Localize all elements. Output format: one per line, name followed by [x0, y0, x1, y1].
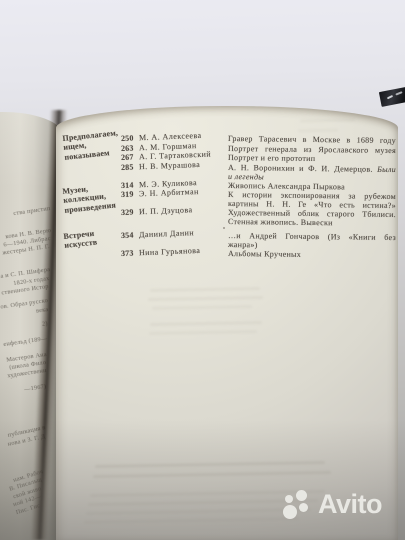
section-label: Предполагаем, ищем, показываем	[62, 128, 120, 162]
entry-page-number: 354	[121, 230, 136, 240]
photo-frame: ства пристип кова Н. В. Верю 6—1940. Либ…	[0, 0, 405, 540]
entry-page-number: 373	[121, 248, 136, 258]
avito-logo-circle	[283, 505, 297, 519]
glint	[395, 91, 402, 95]
entry-page-number: 319	[121, 189, 136, 199]
avito-watermark: Avito	[282, 488, 382, 521]
section-label: Музеи, коллекции, произведения	[62, 182, 116, 215]
avito-logo-circle	[296, 490, 307, 501]
entry-page-number: 329	[121, 207, 136, 217]
avito-logo-icon	[282, 488, 315, 521]
avito-logo-circle	[285, 495, 293, 503]
glint	[387, 95, 393, 99]
avito-logo-circle	[299, 503, 308, 512]
dark-corner-object	[379, 86, 405, 107]
avito-wordmark: Avito	[318, 489, 382, 520]
section-label: Встречи искусств	[63, 229, 98, 251]
entry-title-italic: Были	[377, 165, 396, 174]
entry-page-number: 250	[121, 133, 136, 143]
entry-page-number: 267	[121, 152, 136, 162]
print-speck	[223, 227, 225, 229]
entry-page-number: 285	[121, 162, 136, 172]
entry-title-italic: и легенды	[228, 172, 264, 181]
